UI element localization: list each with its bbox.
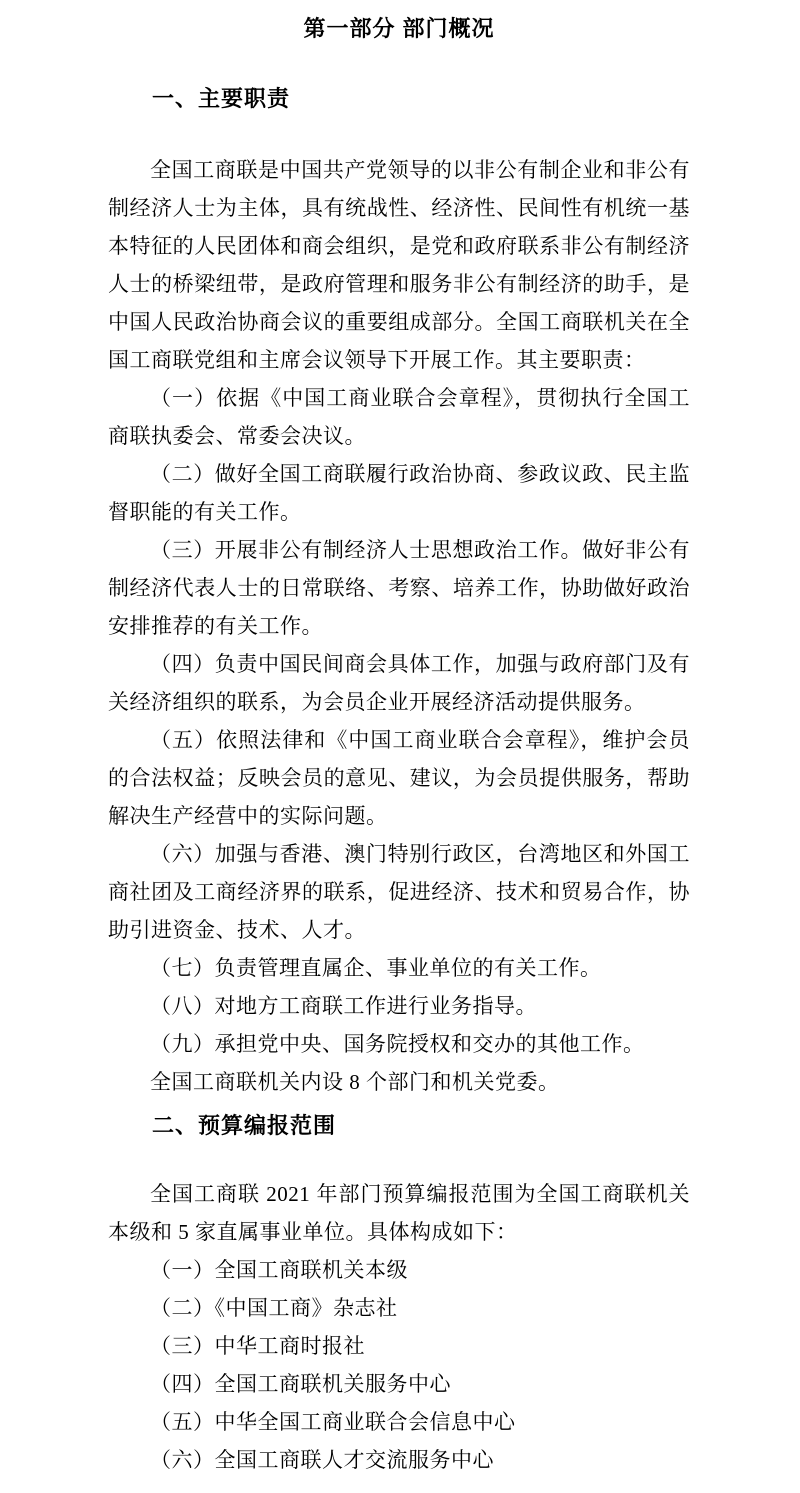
paragraph-duty-7: （七）负责管理直属企、事业单位的有关工作。 xyxy=(108,949,690,987)
paragraph-duty-5: （五）依照法律和《中国工商业联合会章程》，维护会员的合法权益；反映会员的意见、建… xyxy=(108,721,690,835)
paragraph-intro: 全国工商联是中国共产党领导的以非公有制企业和非公有制经济人士为主体，具有统战性、… xyxy=(108,151,690,379)
paragraph-duty-3: （三）开展非公有制经济人士思想政治工作。做好非公有制经济代表人士的日常联络、考察… xyxy=(108,531,690,645)
section-heading-main-duties: 一、主要职责 xyxy=(108,80,690,118)
paragraph-duty-2: （二）做好全国工商联履行政治协商、参政议政、民主监督职能的有关工作。 xyxy=(108,455,690,531)
paragraph-budget-scope-intro: 全国工商联 2021 年部门预算编报范围为全国工商联机关本级和 5 家直属事业单… xyxy=(108,1175,690,1251)
section-main-duties: 一、主要职责 全国工商联是中国共产党领导的以非公有制企业和非公有制经济人士为主体… xyxy=(108,80,690,1101)
paragraph-duty-4: （四）负责中国民间商会具体工作，加强与政府部门及有关经济组织的联系，为会员企业开… xyxy=(108,645,690,721)
list-item-unit-1: （一）全国工商联机关本级 xyxy=(108,1251,690,1289)
paragraph-duty-6: （六）加强与香港、澳门特别行政区，台湾地区和外国工商社团及工商经济界的联系，促进… xyxy=(108,835,690,949)
list-item-unit-4: （四）全国工商联机关服务中心 xyxy=(108,1365,690,1403)
list-item-unit-6: （六）全国工商联人才交流服务中心 xyxy=(108,1441,690,1479)
paragraph-duty-8: （八）对地方工商联工作进行业务指导。 xyxy=(108,987,690,1025)
document-title: 第一部分 部门概况 xyxy=(108,10,690,48)
paragraph-duty-9: （九）承担党中央、国务院授权和交办的其他工作。 xyxy=(108,1025,690,1063)
section-budget-scope: 二、预算编报范围 全国工商联 2021 年部门预算编报范围为全国工商联机关本级和… xyxy=(108,1107,690,1479)
section-heading-budget-scope: 二、预算编报范围 xyxy=(108,1107,690,1145)
list-item-unit-5: （五）中华全国工商业联合会信息中心 xyxy=(108,1403,690,1441)
document-page: 第一部分 部门概况 一、主要职责 全国工商联是中国共产党领导的以非公有制企业和非… xyxy=(0,0,800,1493)
list-item-unit-2: （二）《中国工商》杂志社 xyxy=(108,1289,690,1327)
paragraph-departments-note: 全国工商联机关内设 8 个部门和机关党委。 xyxy=(108,1063,690,1101)
list-item-unit-3: （三）中华工商时报社 xyxy=(108,1327,690,1365)
paragraph-duty-1: （一）依据《中国工商业联合会章程》，贯彻执行全国工商联执委会、常委会决议。 xyxy=(108,379,690,455)
